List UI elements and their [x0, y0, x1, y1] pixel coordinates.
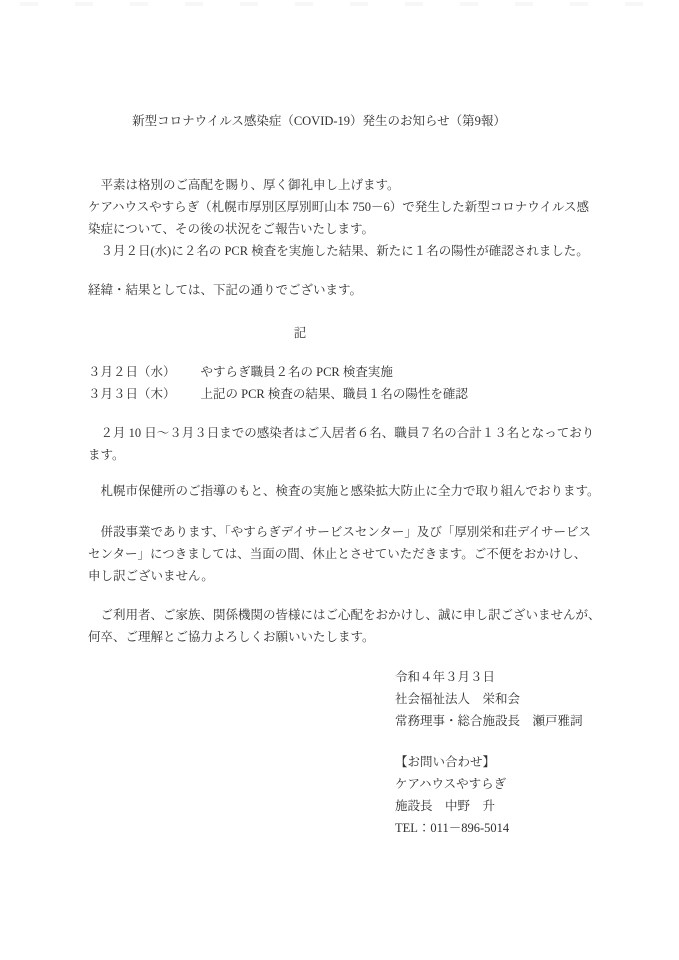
facility-report-paragraph: ケアハウスやすらぎ（札幌市厚別区厚別町山本 750－6）で発生した新型コロナウイ…	[88, 196, 595, 240]
dayservice-suspension-paragraph: 併設事業であります、「やすらぎデイサービスセンター」及び「厚別栄和荘デイサービス…	[88, 521, 595, 587]
greeting-paragraph: 平素は格別のご高配を賜り、厚く御礼申し上げます。	[88, 174, 595, 196]
contact-heading: 【お問い合わせ】	[395, 751, 655, 773]
timeline-row: ３月３日（木） 上記の PCR 検査の結果、職員１名の陽性を確認	[88, 383, 648, 405]
contact-facility: ケアハウスやすらぎ	[395, 773, 655, 795]
notice-title: 新型コロナウイルス感染症（COVID-19）発生のお知らせ（第9報）	[88, 110, 550, 132]
scanned-notice-page: 新型コロナウイルス感染症（COVID-19）発生のお知らせ（第9報） 平素は格別…	[0, 0, 679, 960]
pcr-result-paragraph: ３月２日(水)に２名の PCR 検査を実施した結果、新たに１名の陽性が確認されま…	[88, 240, 595, 262]
contact-manager: 施設長 中野 升	[395, 795, 655, 817]
timeline-date: ３月３日（木）	[88, 383, 176, 405]
contact-tel: TEL：011－896-5014	[395, 817, 655, 839]
timeline-section: ３月２日（水） やすらぎ職員２名の PCR 検査実施 ３月３日（木） 上記の P…	[88, 361, 648, 405]
infection-total-paragraph: ２月 10 日～３月３日までの感染者はご入居者６名、職員７名の合計１３名となって…	[88, 422, 595, 466]
scan-artifact	[20, 2, 659, 6]
contact-block: 【お問い合わせ】 ケアハウスやすらぎ 施設長 中野 升 TEL：011－896-…	[395, 751, 655, 839]
timeline-event: 上記の PCR 検査の結果、職員１名の陽性を確認	[201, 383, 468, 405]
timeline-date: ３月２日（水）	[88, 361, 176, 383]
timeline-row: ３月２日（水） やすらぎ職員２名の PCR 検査実施	[88, 361, 648, 383]
signature-date: 令和４年３月３日	[395, 666, 655, 688]
intro-section: 平素は格別のご高配を賜り、厚く御礼申し上げます。 ケアハウスやすらぎ（札幌市厚別…	[88, 174, 595, 262]
health-office-paragraph: 札幌市保健所のご指導のもと、検査の実施と感染拡大防止に全力で取り組んでおります。	[88, 480, 648, 502]
section-marker-ki: 記	[88, 322, 512, 344]
timeline-event: やすらぎ職員２名の PCR 検査実施	[201, 361, 393, 383]
signature-organization: 社会福祉法人 栄和会	[395, 688, 655, 710]
lead-sentence: 経緯・結果としては、下記の通りでございます。	[88, 279, 595, 301]
apology-paragraph: ご利用者、ご家族、関係機関の皆様にはご心配をおかけし、誠に申し訳ございませんが、…	[88, 604, 605, 648]
signature-signer: 常務理事・総合施設長 瀬戸雅詞	[395, 710, 655, 732]
signature-block: 令和４年３月３日 社会福祉法人 栄和会 常務理事・総合施設長 瀬戸雅詞	[395, 666, 655, 732]
